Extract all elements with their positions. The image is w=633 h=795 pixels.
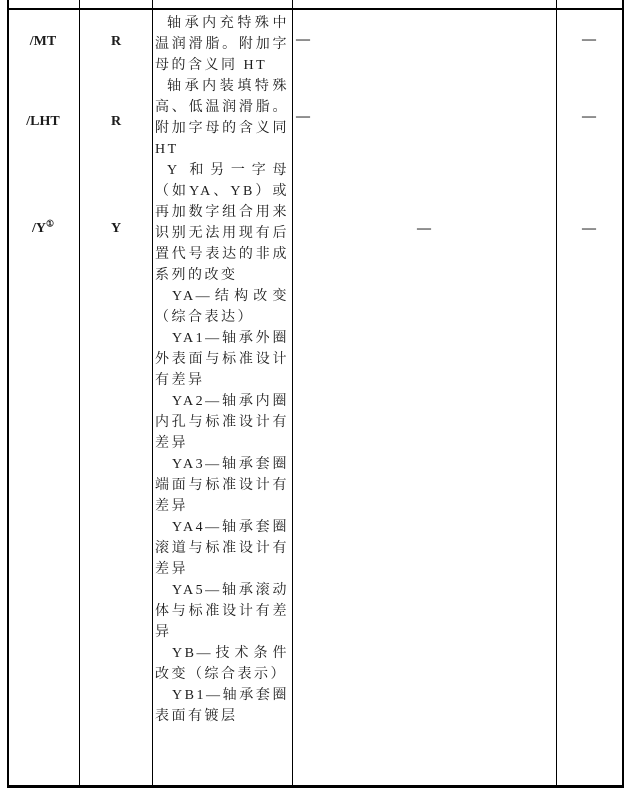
description-column: 轴承内充特殊中温润滑脂。附加字母的含义同 HT 轴承内装填特殊高、低温润滑脂。附… xyxy=(155,13,289,727)
description-ya5: YA5—轴承滚动体与标准设计有差异 xyxy=(155,580,289,643)
table-border-bottom xyxy=(7,785,624,788)
col4-dash-y: — xyxy=(292,221,556,237)
description-ya1: YA1—轴承外圈外表面与标准设计有差异 xyxy=(155,328,289,391)
description-lht: 轴承内装填特殊高、低温润滑脂。附加字母的含义同 HT xyxy=(155,76,289,160)
table-border-col3-col4 xyxy=(292,0,293,787)
code-cell-y: /Y① xyxy=(7,221,79,237)
col2-cell-mt: R xyxy=(80,34,152,50)
col2-cell-lht: R xyxy=(80,114,152,130)
code-cell-lht: /LHT xyxy=(7,114,79,130)
col4-dash-mt: — xyxy=(296,32,356,48)
col4-dash-lht: — xyxy=(296,109,356,125)
col5-dash-mt: — xyxy=(556,32,622,48)
document-page: /MT /LHT /Y① R R Y 轴承内充特殊中温润滑脂。附加字母的含义同 … xyxy=(0,0,633,795)
description-mt: 轴承内充特殊中温润滑脂。附加字母的含义同 HT xyxy=(155,13,289,76)
code-text: /Y xyxy=(32,221,46,236)
description-ya3: YA3—轴承套圈端面与标准设计有差异 xyxy=(155,454,289,517)
table-border-col2-col3 xyxy=(152,0,153,787)
footnote-marker: ① xyxy=(46,218,54,228)
description-yb: YB—技术条件改变（综合表示） xyxy=(155,643,289,685)
col5-dash-lht: — xyxy=(556,109,622,125)
description-ya4: YA4—轴承套圈滚道与标准设计有差异 xyxy=(155,517,289,580)
description-ya: YA—结构改变（综合表达） xyxy=(155,286,289,328)
col2-cell-y: Y xyxy=(80,221,152,237)
description-yb1: YB1—轴承套圈表面有镀层 xyxy=(155,685,289,727)
code-cell-mt: /MT xyxy=(7,34,79,50)
description-y-intro: Y 和另一字母（如YA、YB）或再加数字组合用来识别无法用现有后置代号表达的非成… xyxy=(155,160,289,286)
table-border-right xyxy=(622,0,624,787)
col5-dash-y: — xyxy=(556,221,622,237)
description-ya2: YA2—轴承内圈内孔与标准设计有差异 xyxy=(155,391,289,454)
table-row-divider-top xyxy=(7,8,624,10)
